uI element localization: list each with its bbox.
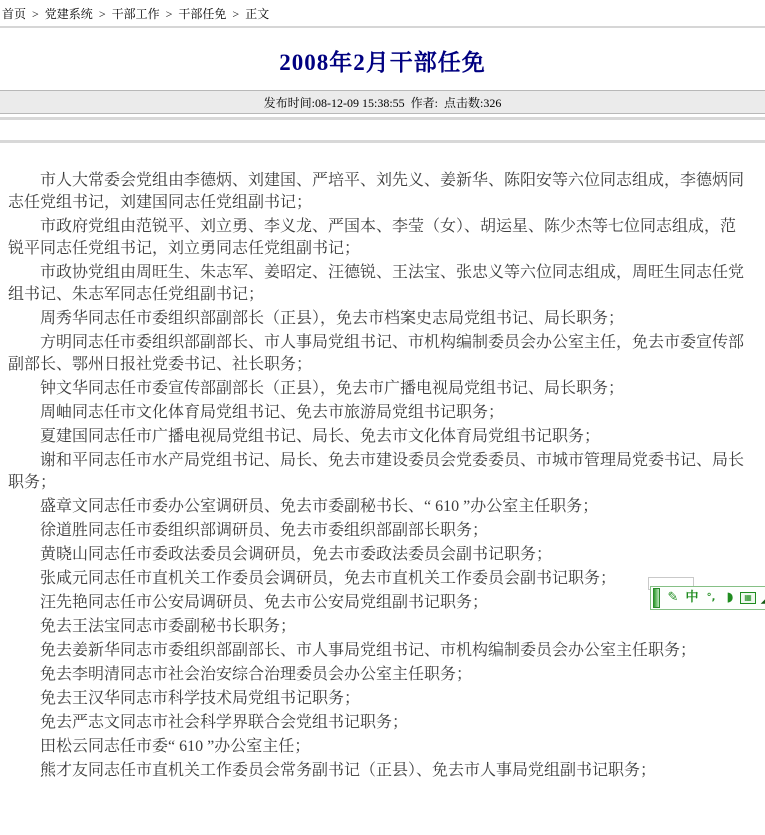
article-paragraph: 张咸元同志任市直机关工作委员会调研员，免去市直机关工作委员会副书记职务；	[8, 568, 751, 590]
article-paragraph: 田松云同志任市委“ 610 ”办公室主任；	[8, 736, 751, 758]
article-paragraph: 盛章文同志任市委办公室调研员、免去市委副秘书长、“ 610 ”办公室主任职务；	[8, 496, 751, 518]
article-paragraph: 汪先艳同志任市公安局调研员、免去市公安局党组副书记职务；	[8, 592, 751, 614]
article-paragraph: 方明同志任市委组织部副部长、市人事局党组书记、市机构编制委员会办公室主任，免去市…	[8, 332, 751, 376]
article-paragraph: 徐道胜同志任市委组织部调研员、免去市委组织部副部长职务；	[8, 520, 751, 542]
ime-brush-icon[interactable]: ✎	[664, 589, 682, 607]
article-paragraph: 免去李明清同志市社会治安综合治理委员会办公室主任职务；	[8, 664, 751, 686]
page: { "breadcrumb": { "separator": ">", "ite…	[0, 0, 765, 835]
article-paragraph: 免去姜新华同志市委组织部副部长、市人事局党组书记、市机构编制委员会办公室主任职务…	[8, 640, 751, 662]
article-paragraph: 免去王汉华同志市科学技术局党组书记职务；	[8, 688, 751, 710]
meta-divider-1	[0, 117, 765, 120]
top-divider	[0, 26, 765, 28]
article-paragraph: 夏建国同志任市广播电视局党组书记、局长、免去市文化体育局党组书记职务；	[8, 426, 751, 448]
article-paragraph: 市人大常委会党组由李德炳、刘建国、严培平、刘先义、姜新华、陈阳安等六位同志组成，…	[8, 170, 751, 214]
breadcrumb-separator: >	[99, 7, 106, 21]
punctuation-toggle-icon[interactable]: °,	[702, 589, 720, 607]
article-meta-bar: 发布时间:08-12-09 15:38:55 作者: 点击数:326	[0, 90, 765, 114]
article-paragraph: 熊才友同志任市直机关工作委员会常务副书记（正县）、免去市人事局党组副书记职务；	[8, 760, 751, 782]
chinese-mode-icon[interactable]: 中	[683, 589, 701, 607]
page-title: 2008年2月干部任免	[0, 44, 765, 77]
breadcrumb-separator: >	[166, 7, 173, 21]
article-paragraph: 市政协党组由周旺生、朱志军、姜昭定、汪德锐、王法宝、张忠义等六位同志组成，周旺生…	[8, 262, 751, 306]
breadcrumb-separator: >	[32, 7, 39, 21]
breadcrumb: 首页>党建系统>干部工作>干部任免>正文	[0, 0, 765, 26]
breadcrumb-item-appointments[interactable]: 干部任免	[178, 7, 226, 21]
article-paragraph: 黄晓山同志任市委政法委员会调研员，免去市委政法委员会副书记职务；	[8, 544, 751, 566]
article-paragraph: 周岫同志任市文化体育局党组书记、免去市旅游局党组书记职务；	[8, 402, 751, 424]
breadcrumb-item-article[interactable]: 正文	[245, 7, 269, 21]
breadcrumb-separator: >	[232, 7, 239, 21]
breadcrumb-item-home[interactable]: 首页	[2, 7, 26, 21]
article-paragraph: 免去王法宝同志市委副秘书长职务；	[8, 616, 751, 638]
ime-drag-handle-icon[interactable]	[653, 588, 660, 608]
ime-language-bar[interactable]: ✎ 中 °, ◗ ▦ ◢	[650, 586, 765, 610]
breadcrumb-item-party-system[interactable]: 党建系统	[45, 7, 93, 21]
clipped-toolbar-icon[interactable]: ◢	[757, 589, 765, 607]
breadcrumb-item-cadre-work[interactable]: 干部工作	[112, 7, 160, 21]
fullwidth-moon-icon[interactable]: ◗	[721, 589, 739, 607]
article-paragraph: 市政府党组由范锐平、刘立勇、李义龙、严国本、李莹（女）、胡运星、陈少杰等七位同志…	[8, 216, 751, 260]
article-body: 市人大常委会党组由李德炳、刘建国、严培平、刘先义、姜新华、陈阳安等六位同志组成，…	[0, 143, 765, 782]
article-paragraph: 谢和平同志任市水产局党组书记、局长、免去市建设委员会党委委员、市城市管理局党委书…	[8, 450, 751, 494]
article-paragraph: 免去严志文同志市社会科学界联合会党组书记职务；	[8, 712, 751, 734]
soft-keyboard-icon[interactable]: ▦	[740, 592, 756, 604]
article-paragraph: 钟文华同志任市委宣传部副部长（正县），免去市广播电视局党组书记、局长职务；	[8, 378, 751, 400]
article-paragraph: 周秀华同志任市委组织部副部长（正县），免去市档案史志局党组书记、局长职务；	[8, 308, 751, 330]
